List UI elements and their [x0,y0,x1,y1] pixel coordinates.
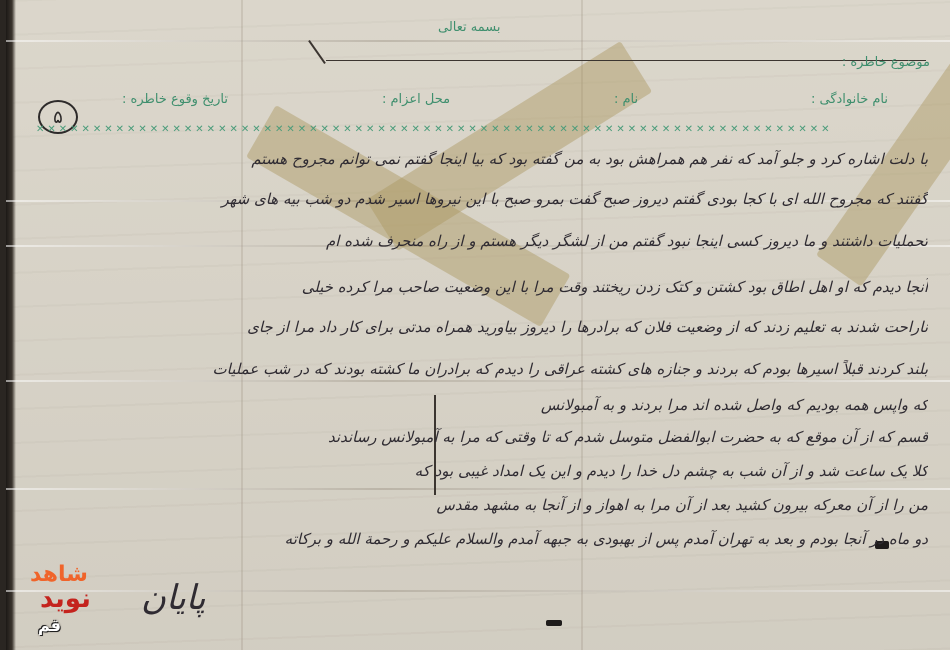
handwritten-line: من را از آن معرکه بیرون کشید بعد از آن م… [48,496,928,514]
fold-crease [6,488,950,490]
memory-date-label: تاریخ وقوع خاطره : [122,92,228,107]
handwritten-line: کلا یک ساعت شد و از آن شب به چشم دل خدا … [58,462,928,480]
handwritten-line: دو ماه در آنجا بودم و بعد به تهران آمدم … [48,530,928,548]
handwritten-line: تحملیات داشتند و ما دیروز کسی اینجا نبود… [68,232,928,250]
fold-crease [6,380,950,382]
bismillah-heading: بسمه تعالی [438,20,500,35]
adhesive-tape [366,41,652,251]
handwritten-line: قسم که از آن موقع که به حضرت ابوالفضل مت… [58,428,928,446]
memoir-document: بسمه تعالی موضوع خاطره : نام خانوادگی : … [6,0,950,650]
paper-crack [308,40,326,64]
torn-left-edge [6,0,16,650]
end-signature: پایان [141,578,206,618]
fold-crease [6,40,950,42]
underline-rule [326,60,926,61]
handwritten-line: گفتند که مجروح الله ای با کجا بودی گفتم … [58,190,928,208]
logo-text-qom: قم [38,616,61,635]
handwritten-line: آنجا دیدم که او اهل اطاق بود کشتن و کتک … [68,278,928,296]
deploy-place-label: محل اعزام : [382,92,450,107]
logo-text-navid: نوید [40,584,91,614]
star-separator: ✕✕✕✕✕✕✕✕✕✕✕✕✕✕✕✕✕✕✕✕✕✕✕✕✕✕✕✕✕✕✕✕✕✕✕✕✕✕✕✕… [36,124,948,134]
handwritten-line: که واپس همه بودیم که واصل شده اند مرا بر… [68,396,928,414]
handwritten-line: بلند کردند قبلاً اسیرها بودم که بردند و … [48,360,928,378]
subject-label: موضوع خاطره : [842,55,930,70]
family-name-label: نام خانوادگی : [811,92,888,107]
handwritten-line: با دلت اشاره کرد و جلو آمد که نفر هم همر… [108,150,928,168]
name-label: نام : [614,92,638,107]
handwritten-line: ناراحت شدند به تعلیم زدند که از وضعیت فل… [48,318,928,336]
navid-shahed-qom-logo: شاهد نوید قم [30,560,120,642]
ink-blot [546,620,562,626]
